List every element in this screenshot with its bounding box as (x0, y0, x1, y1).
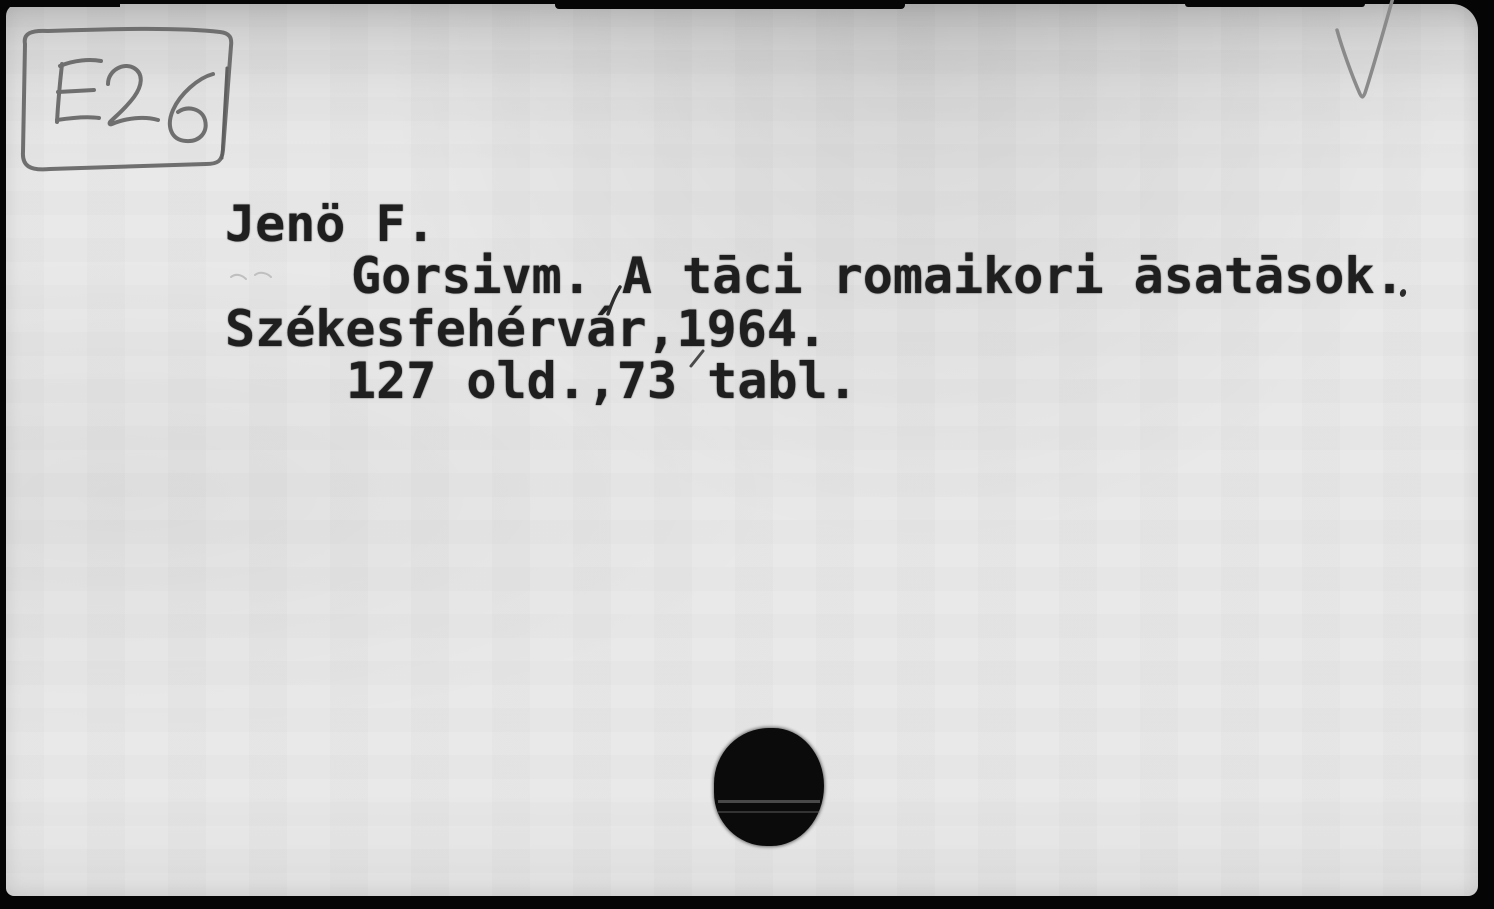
author-line: Jenö F. (225, 198, 436, 250)
title-line: Gorsivm. A tāci romaikori āsatāsok. (351, 250, 1405, 302)
collation-line: 127 old.,73 tabl. (346, 355, 858, 407)
pencil-scribble (228, 264, 276, 288)
imprint-line: Székesfehérvár,1964. (225, 303, 827, 355)
black-dot (714, 728, 824, 846)
scan-edge-artifact (555, 0, 905, 9)
call-number-box (8, 8, 248, 188)
checkmark-icon (1318, 0, 1408, 110)
scanline-artifact (718, 811, 820, 813)
inserted-comma-mark (598, 280, 630, 322)
scan-edge-artifact (0, 0, 120, 7)
stray-accent-mark (686, 346, 710, 372)
scanline-artifact (718, 800, 820, 803)
scanned-catalog-card-page: E26 ✓ Jenö F. Gorsivm. A tāci romaikori … (0, 0, 1494, 909)
